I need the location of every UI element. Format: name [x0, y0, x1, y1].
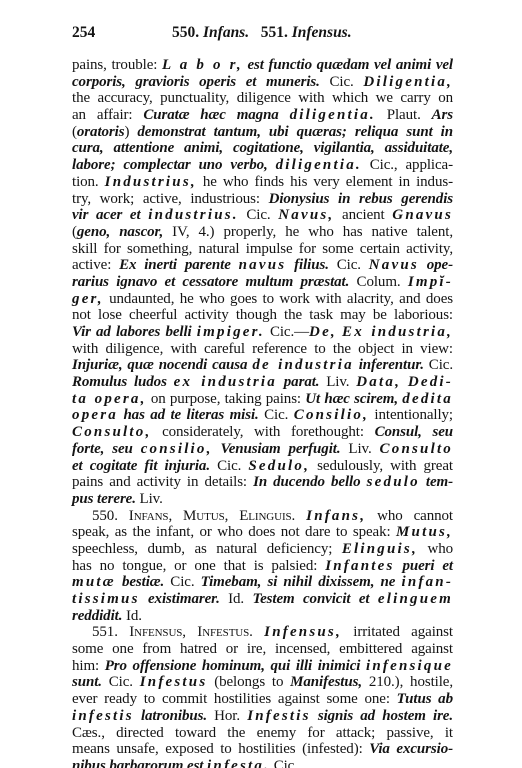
headword: Ex industria,	[342, 324, 453, 340]
latin-quote: vir acer et	[72, 207, 141, 223]
latin-quote: Romulus ludos	[72, 374, 167, 390]
latin-quote: Ex inerti parente	[119, 257, 231, 273]
headword: Navus,	[278, 207, 334, 223]
entry-heading: Infans, Mutus, Elinguis.	[129, 508, 295, 524]
latin-quote: geno, nascor,	[77, 224, 163, 240]
headword: elinguem	[378, 591, 453, 607]
text-line: corporis, gravioris operis et muneris. C…	[72, 74, 453, 91]
headword: de industria	[252, 357, 353, 373]
text-line: has no tongue, or one that is palsied: I…	[72, 558, 453, 575]
text-line: means unsafe, exposed to hostilities (in…	[72, 741, 453, 758]
latin-quote: Via excursio-	[369, 741, 453, 757]
text-line: nibus barbarorum est infesta. Cic.	[72, 758, 453, 768]
headword: L a b o r,	[162, 57, 243, 73]
text-line: opera has ad te literas misi. Cic. Consi…	[72, 407, 453, 424]
text-line: Injuriæ, quæ nocendi causa de industria …	[72, 357, 453, 374]
text-line: with diligence, with careful reference t…	[72, 341, 453, 358]
text-line: (geno, nascor, IV, 4.) properly, he who …	[72, 224, 453, 241]
text-line: speechless, dumb, as natural deficiency;…	[72, 541, 453, 558]
latin-quote: Vir ad labores belli	[72, 324, 192, 340]
latin-quote: Testem convicit et	[252, 591, 369, 607]
headword: Infestis	[247, 708, 310, 724]
text-line: skill for something, natural impulse for…	[72, 241, 453, 258]
latin-quote: Pro offensione hominum, qui illi inimici	[105, 658, 361, 674]
headword: De,	[309, 324, 337, 340]
page-number: 254	[72, 24, 95, 42]
text-line: infestis latronibus. Hor. Infestis signi…	[72, 708, 453, 725]
headword: ger,	[72, 291, 104, 307]
latin-quote: Timebam, si nihil dixissem, ne	[201, 574, 396, 590]
entry-b-word: Infensus.	[292, 24, 352, 41]
latin-quote: forte, seu	[72, 441, 133, 457]
headword: Dedi-	[408, 374, 453, 390]
latin-quote: bestiæ.	[122, 574, 164, 590]
latin-quote: labore; complectar uno verbo,	[72, 157, 268, 173]
text-line: try, work; active, industrious: Dionysiu…	[72, 191, 453, 208]
text-line: some one from hatred or ire, incensed, e…	[72, 641, 453, 658]
latin-quote: parat.	[284, 374, 320, 390]
running-head: 254 550. Infans. 551. Infensus.	[72, 24, 453, 44]
text-line: forte, seu consilio, Venusiam perfugit. …	[72, 441, 453, 458]
text-line: tion. Industrius, he who finds his very …	[72, 174, 453, 191]
latin-quote: Consul, seu	[375, 424, 453, 440]
headword: Diligentia,	[363, 74, 453, 90]
headword: Elinguis,	[342, 541, 418, 557]
text-line: cura, attentione animi, cogitatione, vig…	[72, 140, 453, 157]
text-line: ger, undaunted, he who goes to work with…	[72, 291, 453, 308]
text-line: vir acer et industrius. Cic. Navus, anci…	[72, 207, 453, 224]
headword: diligentia.	[276, 157, 362, 173]
headword: infensique	[366, 658, 453, 674]
latin-quote: ope-	[427, 257, 453, 273]
headword: infesta.	[207, 758, 270, 768]
headword: Sedulo,	[248, 458, 310, 474]
text-line: 550. Infans, Mutus, Elinguis. Infans, wh…	[72, 508, 453, 525]
text-line: pains, trouble: L a b o r, est functio q…	[72, 57, 453, 74]
headword: tissimus	[72, 591, 140, 607]
text-line: sunt. Cic. Infestus (belongs to Manifest…	[72, 674, 453, 691]
text-line: Vir ad labores belli impiger. Cic.—De, E…	[72, 324, 453, 341]
latin-quote: nibus barbarorum est	[72, 758, 203, 768]
headword: Infensus,	[264, 624, 342, 640]
headword: Infestus	[140, 674, 208, 690]
text-line: not lose cheerful activity though the ta…	[72, 307, 453, 324]
text-line: ever ready to commit hostilities against…	[72, 691, 453, 708]
text-line: labore; complectar uno verbo, diligentia…	[72, 157, 453, 174]
headword: Infantes	[325, 558, 394, 574]
latin-quote: Tutus ab	[397, 691, 453, 707]
text-line: him: Pro offensione hominum, qui illi in…	[72, 658, 453, 675]
latin-quote: inferentur.	[359, 357, 424, 373]
headword: Consilio,	[294, 407, 369, 423]
text-line: pus terere. Liv.	[72, 491, 453, 508]
headword: Gnavus	[392, 207, 453, 223]
headword: sedulo	[367, 474, 420, 490]
latin-quote: latronibus.	[141, 708, 207, 724]
headword: Navus	[369, 257, 419, 273]
latin-quote: Curatæ hæc magna	[143, 107, 278, 123]
text-line: Romulus ludos ex industria parat. Liv. D…	[72, 374, 453, 391]
headword: Consulto,	[72, 424, 151, 440]
text-line: tissimus existimarer. Id. Testem convici…	[72, 591, 453, 608]
entry-a-number: 550.	[172, 24, 199, 41]
latin-quote: Ut hæc scirem,	[305, 391, 398, 407]
latin-quote: corporis, gravioris operis et muneris.	[72, 74, 320, 90]
text-line: (oratoris) demonstrat tantum, ubi quæras…	[72, 124, 453, 141]
latin-quote: filius.	[294, 257, 329, 273]
headword: industrius.	[148, 207, 239, 223]
headword: dedita	[402, 391, 453, 407]
headword: opera	[72, 407, 118, 423]
latin-quote: oratoris	[77, 124, 125, 140]
headword: ta opera,	[72, 391, 147, 407]
headword: mutæ	[72, 574, 116, 590]
headword: Industrius,	[105, 174, 197, 190]
text-line: ta opera, on purpose, taking pains: Ut h…	[72, 391, 453, 408]
text-line: et cogitate fit injuria. Cic. Sedulo, se…	[72, 458, 453, 475]
entry-heading: Infensus, Infestus.	[129, 624, 253, 640]
headword: Infans,	[306, 508, 366, 524]
headword: navus	[239, 257, 287, 273]
latin-quote: existimarer.	[148, 591, 220, 607]
headword: consilio,	[141, 441, 213, 457]
text-line: rarius ignavo et cessatore multum præsta…	[72, 274, 453, 291]
text-line: pains and activity in details: In ducend…	[72, 474, 453, 491]
headword: infestis	[72, 708, 134, 724]
latin-quote: has ad te literas misi.	[123, 407, 258, 423]
entry-b-number: 551.	[261, 24, 288, 41]
latin-quote: Venusiam perfugit.	[221, 441, 341, 457]
latin-quote: est functio quædam vel animi vel	[247, 57, 453, 73]
text-line: Consulto, considerately, with forethough…	[72, 424, 453, 441]
entry-a-word: Infans.	[203, 24, 249, 41]
latin-quote: et cogitate fit injuria.	[72, 458, 210, 474]
text-line: 551. Infensus, Infestus. Infensus, irrit…	[72, 624, 453, 641]
headword: ex industria	[174, 374, 277, 390]
latin-quote: cura, attentione animi, cogitatione, vig…	[72, 140, 453, 156]
text-line: mutæ bestiæ. Cic. Timebam, si nihil dixi…	[72, 574, 453, 591]
headword: Data,	[356, 374, 401, 390]
book-page: 254 550. Infans. 551. Infensus. pains, t…	[72, 24, 453, 768]
latin-quote: signis ad hostem ire.	[318, 708, 453, 724]
latin-quote: pueri et	[402, 558, 453, 574]
headword: impiger.	[197, 324, 265, 340]
latin-quote: reddidit.	[72, 608, 122, 624]
headword: Impĭ-	[408, 274, 453, 290]
text-line: speak, as the infant, or who does not da…	[72, 524, 453, 541]
text-line: the accuracy, punctuality, diligence wit…	[72, 90, 453, 107]
latin-quote: Manifestus,	[290, 674, 362, 690]
latin-quote: tem-	[426, 474, 453, 490]
latin-quote: pus terere.	[72, 491, 136, 507]
body-text: pains, trouble: L a b o r, est functio q…	[72, 57, 453, 768]
latin-quote: In ducendo bello	[253, 474, 360, 490]
text-line: active: Ex inerti parente navus filius. …	[72, 257, 453, 274]
latin-quote: Ars	[432, 107, 453, 123]
text-line: an affair: Curatæ hæc magna diligentia. …	[72, 107, 453, 124]
latin-quote: Injuriæ, quæ nocendi causa	[72, 357, 247, 373]
headword: Mutus,	[396, 524, 453, 540]
headword: diligentia.	[290, 107, 376, 123]
text-line: Cæs., directed toward the enemy for atta…	[72, 725, 453, 742]
headword: infan-	[401, 574, 453, 590]
headword: Consulto	[380, 441, 453, 457]
running-title: 550. Infans. 551. Infensus.	[172, 24, 352, 42]
latin-quote: rarius ignavo et cessatore multum præsta…	[72, 274, 349, 290]
latin-quote: Dionysius in rebus gerendis	[269, 191, 453, 207]
latin-quote: demonstrat tantum, ubi quæras; reliqua s…	[137, 124, 453, 140]
text-line: reddidit. Id.	[72, 608, 453, 625]
latin-quote: sunt.	[72, 674, 102, 690]
